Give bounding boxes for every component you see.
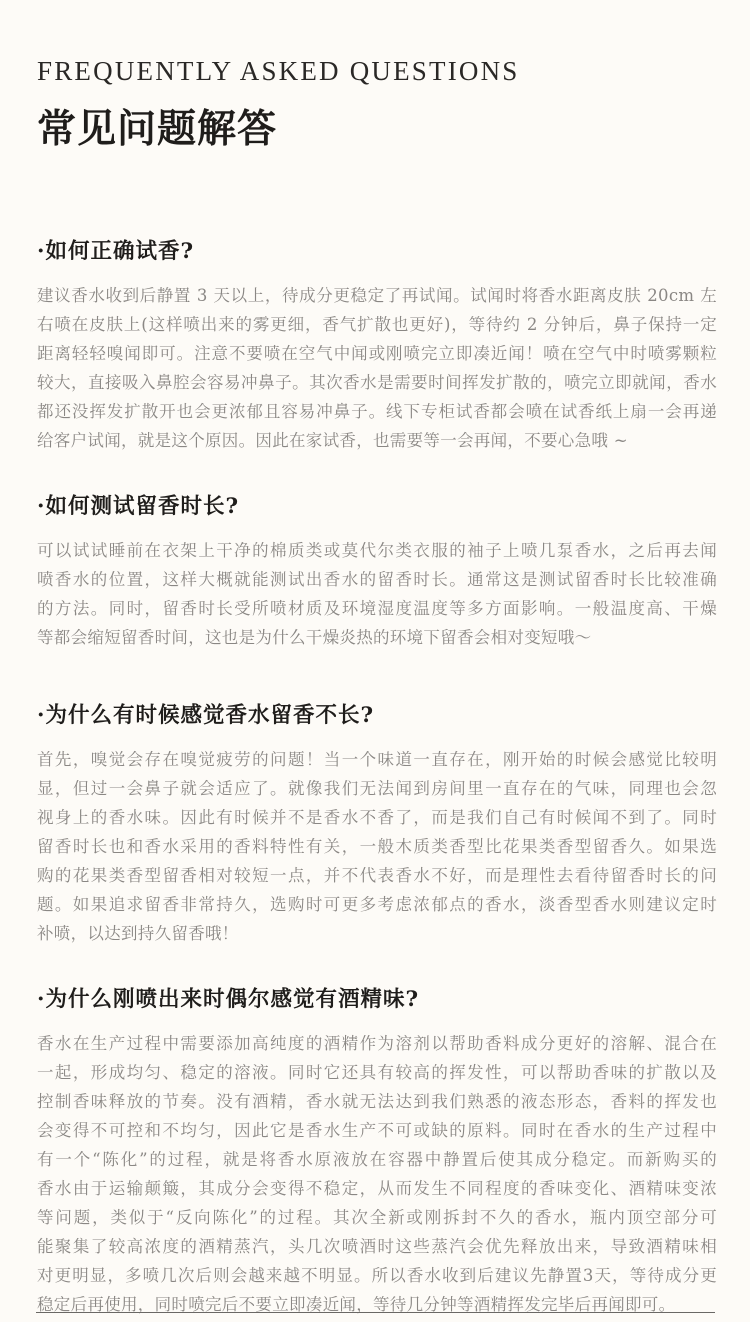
- faq-question: ·为什么刚喷出来时偶尔感觉有酒精味?: [37, 985, 717, 1015]
- answer-line: 喷香水的位置，这样大概就能测试出香水的留香时长。通常这是测试留香时长比较准确: [37, 565, 717, 594]
- answer-line: 距离轻轻嗅闻即可。注意不要喷在空气中闻或刚喷完立即凑近闻！喷在空气中时喷雾颗粒: [37, 339, 717, 368]
- answer-line: 的方法。同时，留香时长受所喷材质及环境湿度温度等多方面影响。一般温度高、干燥: [37, 594, 717, 623]
- answer-line: 能聚集了较高浓度的酒精蒸汽，头几次喷酒时这些蒸汽会优先释放出来，导致酒精味相: [37, 1232, 717, 1261]
- faq-item-how-to-test-fragrance: ·如何正确试香? 建议香水收到后静置 3 天以上，待成分更稳定了再试闻。试闻时将…: [37, 237, 717, 455]
- faq-answer: 建议香水收到后静置 3 天以上，待成分更稳定了再试闻。试闻时将香水距离皮肤 20…: [37, 281, 717, 455]
- answer-line: 香水在生产过程中需要添加高纯度的酒精作为溶剂以帮助香料成分更好的溶解、混合在: [37, 1029, 717, 1058]
- answer-line: 右喷在皮肤上(这样喷出来的雾更细，香气扩散也更好)，等待约 2 分钟后，鼻子保持…: [37, 310, 717, 339]
- answer-line: 香水由于运输颠簸，其成分会变得不稳定，从而发生不同程度的香味变化、酒精味变浓: [37, 1174, 717, 1203]
- answer-line: 给客户试闻，就是这个原因。因此在家试香，也需要等一会再闻，不要心急哦 ~: [37, 426, 717, 455]
- faq-answer: 香水在生产过程中需要添加高纯度的酒精作为溶剂以帮助香料成分更好的溶解、混合在 一…: [37, 1029, 717, 1319]
- answer-line: 等问题，类似于“反向陈化”的过程。其次全新或刚拆封不久的香水，瓶内顶空部分可: [37, 1203, 717, 1232]
- faq-question: ·为什么有时候感觉香水留香不长?: [37, 701, 717, 731]
- answer-line: 一起，形成均匀、稳定的溶液。同时它还具有较高的挥发性，可以帮助香味的扩散以及: [37, 1058, 717, 1087]
- answer-line: 会变得不可控和不均匀，因此它是香水生产不可或缺的原料。同时在香水的生产过程中: [37, 1116, 717, 1145]
- faq-question: ·如何正确试香?: [37, 237, 717, 267]
- faq-item-short-longevity: ·为什么有时候感觉香水留香不长? 首先，嗅觉会存在嗅觉疲劳的问题！当一个味道一直…: [37, 701, 717, 948]
- answer-line: 首先，嗅觉会存在嗅觉疲劳的问题！当一个味道一直存在，刚开始的时候会感觉比较明: [37, 745, 717, 774]
- faq-question: ·如何测试留香时长?: [37, 492, 717, 522]
- answer-line: 建议香水收到后静置 3 天以上，待成分更稳定了再试闻。试闻时将香水距离皮肤 20…: [37, 281, 717, 310]
- faq-answer: 首先，嗅觉会存在嗅觉疲劳的问题！当一个味道一直存在，刚开始的时候会感觉比较明 显…: [37, 745, 717, 948]
- answer-line: 购的花果类香型留香相对较短一点，并不代表香水不好，而是理性去看待留香时长的问: [37, 861, 717, 890]
- answer-line: 有一个“陈化”的过程，就是将香水原液放在容器中静置后使其成分稳定。而新购买的: [37, 1145, 717, 1174]
- answer-line: 显，但过一会鼻子就会适应了。就像我们无法闻到房间里一直存在的气味，同理也会忽: [37, 774, 717, 803]
- faq-title-english: FREQUENTLY ASKED QUESTIONS: [37, 55, 520, 87]
- answer-line: 留香时长也和香水采用的香料特性有关，一般木质类香型比花果类香型留香久。如果选: [37, 832, 717, 861]
- answer-line: 题。如果追求留香非常持久，选购时可更多考虑浓郁点的香水，淡香型香水则建议定时: [37, 890, 717, 919]
- answer-line: 控制香味释放的节奏。没有酒精，香水就无法达到我们熟悉的液态形态，香料的挥发也: [37, 1087, 717, 1116]
- answer-line: 较大，直接吸入鼻腔会容易冲鼻子。其次香水是需要时间挥发扩散的，喷完立即就闻，香水: [37, 368, 717, 397]
- faq-item-longevity-test: ·如何测试留香时长? 可以试试睡前在衣架上干净的棉质类或莫代尔类衣服的袖子上喷几…: [37, 492, 717, 652]
- answer-line: 补喷，以达到持久留香哦！: [37, 919, 717, 948]
- answer-line: 对更明显，多喷几次后则会越来越不明显。所以香水收到后建议先静置3天，等待成分更: [37, 1261, 717, 1290]
- bottom-divider: [36, 1312, 715, 1313]
- faq-title-chinese: 常见问题解答: [37, 104, 277, 154]
- answer-line: 稳定后再使用，同时喷完后不要立即凑近闻，等待几分钟等酒精挥发完毕后再闻即可。: [37, 1290, 717, 1319]
- answer-line: 都还没挥发扩散开也会更浓郁且容易冲鼻子。线下专柜试香都会喷在试香纸上扇一会再递: [37, 397, 717, 426]
- faq-answer: 可以试试睡前在衣架上干净的棉质类或莫代尔类衣服的袖子上喷几泵香水，之后再去闻 喷…: [37, 536, 717, 652]
- answer-line: 可以试试睡前在衣架上干净的棉质类或莫代尔类衣服的袖子上喷几泵香水，之后再去闻: [37, 536, 717, 565]
- faq-item-alcohol-smell: ·为什么刚喷出来时偶尔感觉有酒精味? 香水在生产过程中需要添加高纯度的酒精作为溶…: [37, 985, 717, 1319]
- answer-line: 等都会缩短留香时间，这也是为什么干燥炎热的环境下留香会相对变短哦～: [37, 623, 717, 652]
- answer-line: 视身上的香水味。因此有时候并不是香水不香了，而是我们自己有时候闻不到了。同时: [37, 803, 717, 832]
